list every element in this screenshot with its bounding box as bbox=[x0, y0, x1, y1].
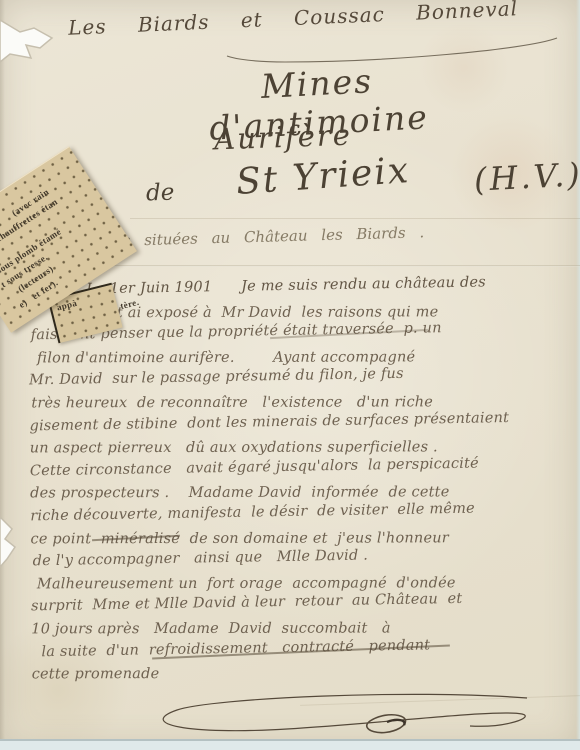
title-de: de bbox=[146, 180, 175, 207]
letter-body: Le 1er Juin 1901 Je me suis rendu au châ… bbox=[28, 275, 578, 686]
scanned-letter-page: Les Biards et Coussac Bonneval Mines d'a… bbox=[0, 0, 580, 750]
body-line: cette promenade bbox=[32, 662, 578, 686]
paper-left-edge-shading bbox=[0, 0, 5, 750]
scan-bottom-edge bbox=[0, 739, 580, 750]
torn-edge-left bbox=[0, 515, 24, 577]
torn-edge-top-left bbox=[0, 8, 70, 68]
title-departement-hv: (H.V.) bbox=[473, 155, 580, 199]
